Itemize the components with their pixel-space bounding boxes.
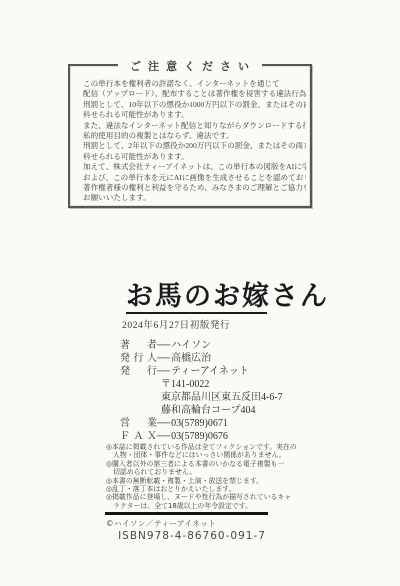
issuer-row: 発行人──高橋広治 — [120, 352, 283, 365]
notice-heading: ご注意ください — [118, 58, 262, 74]
fax-number: 03(5789)0676 — [171, 431, 228, 442]
label-dash: ── — [157, 418, 169, 429]
address-street: 東京都品川区東五反田4-6-7 — [161, 391, 283, 404]
colophon-page: ご注意ください この単行本を権利者の許諾なく、インターネットを通じて 配信（アッ… — [0, 0, 400, 586]
label-dash: ── — [157, 353, 169, 364]
notice-line: 刑罰として、10年以下の懲役か1000万円以下の罰金、またはその両方が — [83, 100, 306, 110]
notice-text: この単行本を権利者の許諾なく、インターネットを通じて 配信（アップロード）、配布… — [83, 79, 306, 204]
notice-line: 科せられる可能性があります。 — [83, 152, 306, 162]
notice-line: 刑罰として、2年以下の懲役か200万円以下の罰金、またはその両方が — [83, 141, 306, 151]
label-dash: ── — [157, 340, 169, 351]
isbn-number: ISBN978-4-86760-091-7 — [0, 530, 384, 542]
disclaimer-line: ラクターは、全て18歳以上の年令設定です。 — [106, 502, 286, 510]
address-building: 藤和高輪台コープ404 — [161, 404, 283, 417]
book-title: お馬のお嫁さん — [126, 274, 329, 313]
publisher-label: 発 行 — [120, 365, 157, 378]
label-dash: ── — [157, 431, 169, 442]
label-dash: ── — [157, 366, 169, 377]
disclaimer-line: 人物・団体・事件などにはいっさい関係がありません。 — [106, 451, 286, 459]
notice-line: また、違法なインターネット配信と知りながらダウンロードする行為も、 — [83, 121, 306, 131]
notice-line: 私的使用目的の複製とはならず、違法です。 — [83, 131, 306, 141]
fax-label: ＦＡＸ — [120, 430, 157, 443]
author-value: ハイソン — [171, 340, 211, 351]
notice-line: この単行本を権利者の許諾なく、インターネットを通じて — [83, 79, 306, 89]
publisher-value: ティーアイネット — [171, 366, 249, 377]
sales-label: 営 業 — [120, 417, 157, 430]
disclaimer-line: ◎本書の無断転載・複製・上演・放送を禁じます。 — [106, 477, 286, 485]
copyright-line: ©ハイソン／ティーアイネット — [106, 518, 216, 529]
disclaimer-line: ◎掲載作品に登場し、ヌードや性行為が描写されているキャ — [106, 493, 286, 501]
disclaimers: ◎本誌に掲載されている作品は全てフィクションです。実在の 人物・団体・事件などに… — [106, 443, 286, 510]
issuer-value: 高橋広治 — [171, 353, 211, 364]
notice-line: および、この単行本を元にAIに画像を生成させることを認めておりません。 — [83, 173, 306, 183]
publisher-row: 発 行──ティーアイネット — [120, 365, 283, 378]
notice-line: 科せられる可能性があります。 — [83, 110, 306, 120]
fax-row: ＦＡＸ──03(5789)0676 — [120, 430, 283, 443]
disclaimer-line: 切認められておりません。 — [106, 468, 286, 476]
disclaimer-line: ◎購入者以外の第三者による本書のいかなる電子複製も一 — [106, 460, 286, 468]
sales-phone-row: 営 業──03(5789)0671 — [120, 417, 283, 430]
issuer-label: 発行人 — [120, 352, 157, 365]
edition-date: 2024年6月27日初版発行 — [122, 317, 230, 331]
notice-line: 配信（アップロード）、配布することは著作権を侵害する違法行為です。 — [83, 89, 306, 99]
colophon-details: 著 者──ハイソン 発行人──高橋広治 発 行──ティーアイネット 〒141-0… — [120, 339, 283, 443]
sales-phone: 03(5789)0671 — [171, 418, 228, 429]
footer-divider-bar — [105, 512, 268, 515]
author-row: 著 者──ハイソン — [120, 339, 283, 352]
notice-line: 著作権者様の権利と利益を守るため、みなさまのご理解とご協力を — [83, 183, 306, 193]
notice-box: ご注意ください この単行本を権利者の許諾なく、インターネットを通じて 配信（アッ… — [68, 64, 312, 208]
notice-line: お願いいたします。 — [83, 193, 306, 203]
notice-line: 加えて、株式会社ティーアイネットは、この単行本の図版をAIに学習させること、 — [83, 162, 306, 172]
author-label: 著 者 — [120, 339, 157, 352]
postal-code: 〒141-0022 — [161, 378, 283, 391]
title-underline — [126, 312, 267, 314]
